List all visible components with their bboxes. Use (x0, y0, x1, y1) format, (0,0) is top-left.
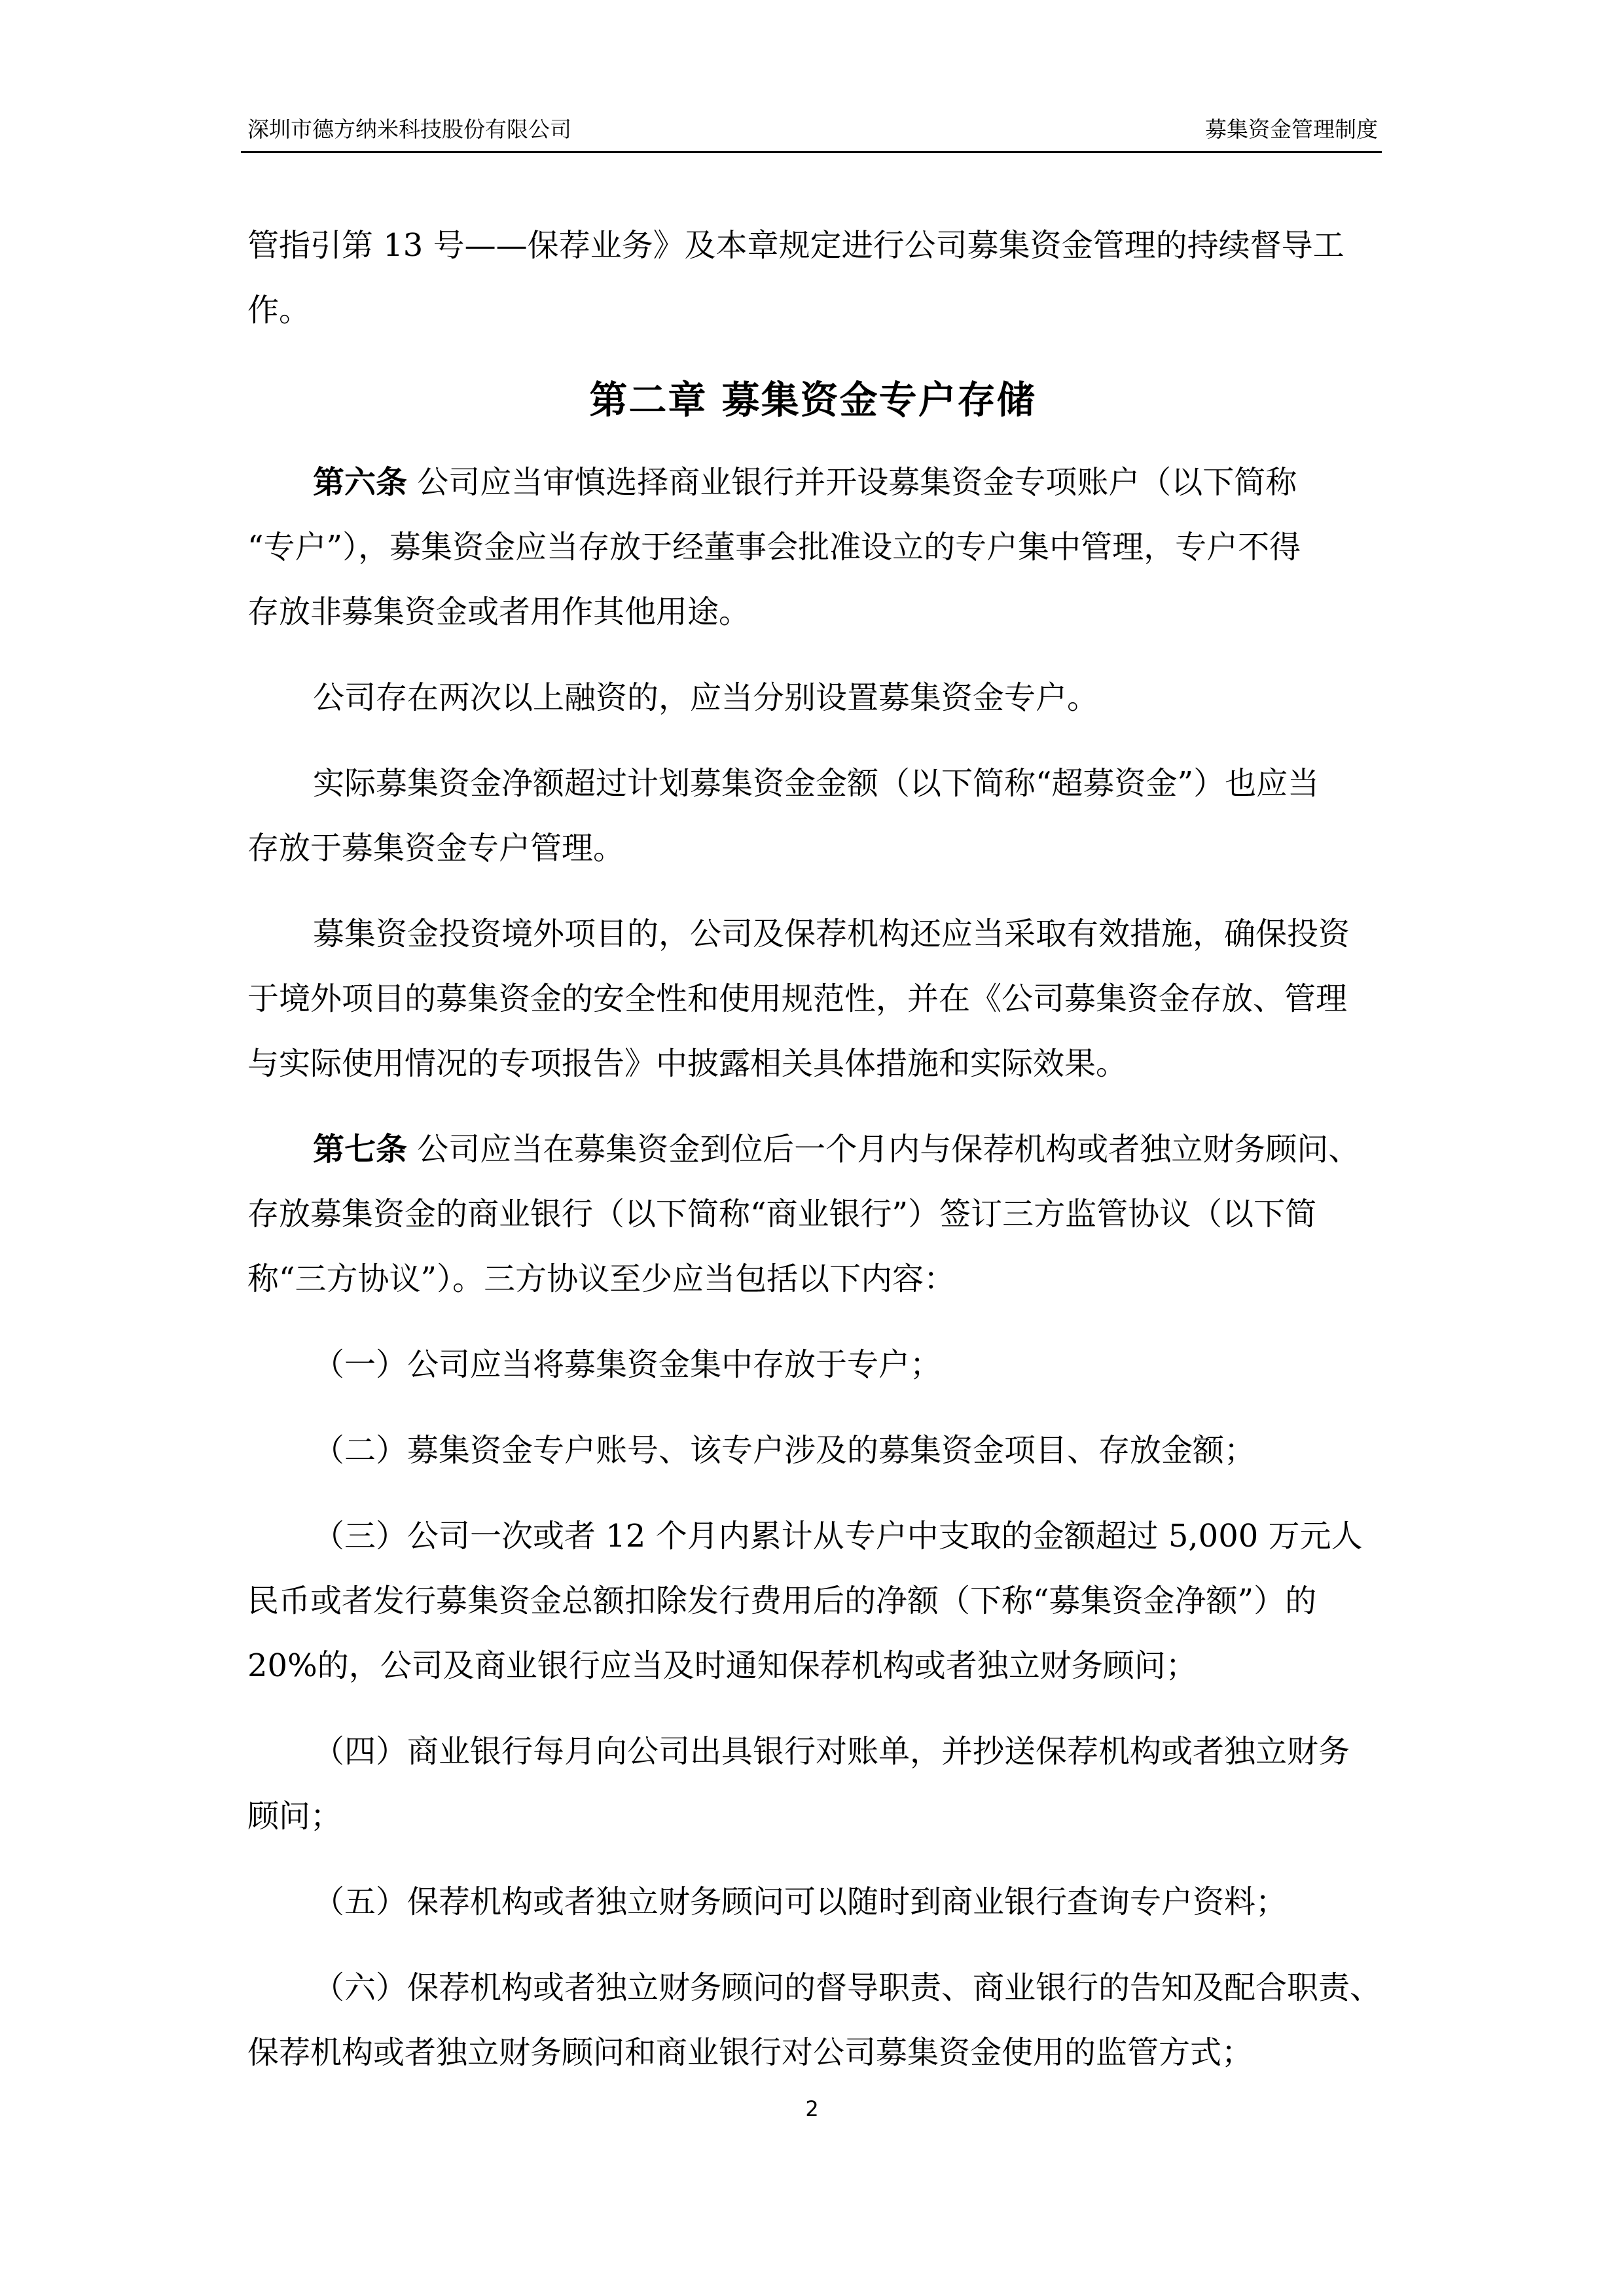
document-page: 深圳市德方纳米科技股份有限公司 募集资金管理制度 管指引第 13 号——保荐业务… (0, 0, 1624, 2296)
article-6-paragraph: 第六条 公司应当审慎选择商业银行并开设募集资金专项账户（以下简称 “专户”），募… (247, 450, 1378, 645)
article-6-paragraph-3: 实际募集资金净额超过计划募集资金金额（以下简称“超募资金”）也应当 存放于募集资… (247, 751, 1378, 881)
text-line: （三）公司一次或者 12 个月内累计从专户中支取的金额超过 5,000 万元人 (247, 1504, 1378, 1569)
list-item-5: （五）保荐机构或者独立财务顾问可以随时到商业银行查询专户资料； (247, 1870, 1378, 1935)
article-7-paragraph: 第七条 公司应当在募集资金到位后一个月内与保荐机构或者独立财务顾问、 存放募集资… (247, 1117, 1378, 1312)
text-line: （二）募集资金专户账号、该专户涉及的募集资金项目、存放金额； (247, 1418, 1378, 1483)
text-line: 民币或者发行募集资金总额扣除发行费用后的净额（下称“募集资金净额”）的 (247, 1569, 1378, 1634)
text-line: 存放非募集资金或者用作其他用途。 (247, 580, 1378, 645)
article-7-label: 第七条 (313, 1131, 407, 1168)
header-document-title: 募集资金管理制度 (1205, 115, 1378, 144)
text-line: 公司应当审慎选择商业银行并开设募集资金专项账户（以下简称 (407, 464, 1297, 501)
text-line: （五）保荐机构或者独立财务顾问可以随时到商业银行查询专户资料； (247, 1870, 1378, 1935)
text-line: 实际募集资金净额超过计划募集资金金额（以下简称“超募资金”）也应当 (247, 751, 1378, 816)
text-line: （一）公司应当将募集资金集中存放于专户； (247, 1333, 1378, 1397)
article-6-paragraph-4: 募集资金投资境外项目的，公司及保荐机构还应当采取有效措施，确保投资 于境外项目的… (247, 902, 1378, 1096)
text-line: （六）保荐机构或者独立财务顾问的督导职责、商业银行的告知及配合职责、 (247, 1956, 1378, 2020)
page-header: 深圳市德方纳米科技股份有限公司 募集资金管理制度 (241, 115, 1382, 144)
text-line: 保荐机构或者独立财务顾问和商业银行对公司募集资金使用的监管方式； (247, 2020, 1378, 2085)
document-body: 管指引第 13 号——保荐业务》及本章规定进行公司募集资金管理的持续督导工 作。… (247, 213, 1378, 2106)
chapter-title: 第二章 募集资金专户存储 (247, 364, 1378, 436)
list-item-1: （一）公司应当将募集资金集中存放于专户； (247, 1333, 1378, 1397)
text-line: 称“三方协议”）。三方协议至少应当包括以下内容： (247, 1247, 1378, 1312)
list-item-6: （六）保荐机构或者独立财务顾问的督导职责、商业银行的告知及配合职责、 保荐机构或… (247, 1956, 1378, 2085)
text-line: 存放募集资金的商业银行（以下简称“商业银行”）签订三方监管协议（以下简 (247, 1182, 1378, 1247)
text-line: 公司应当在募集资金到位后一个月内与保荐机构或者独立财务顾问、 (407, 1131, 1360, 1168)
text-line: 管指引第 13 号——保荐业务》及本章规定进行公司募集资金管理的持续督导工 (247, 213, 1378, 278)
text-line: 20%的，公司及商业银行应当及时通知保荐机构或者独立财务顾问； (247, 1634, 1378, 1698)
text-line: 于境外项目的募集资金的安全性和使用规范性，并在《公司募集资金存放、管理 (247, 967, 1378, 1031)
article-6-paragraph-2: 公司存在两次以上融资的，应当分别设置募集资金专户。 (247, 666, 1378, 730)
list-item-3: （三）公司一次或者 12 个月内累计从专户中支取的金额超过 5,000 万元人 … (247, 1504, 1378, 1698)
text-line: 公司存在两次以上融资的，应当分别设置募集资金专户。 (247, 666, 1378, 730)
text-line: 募集资金投资境外项目的，公司及保荐机构还应当采取有效措施，确保投资 (247, 902, 1378, 967)
text-line: 作。 (247, 278, 1378, 343)
header-company-name: 深圳市德方纳米科技股份有限公司 (247, 115, 571, 144)
list-item-4: （四）商业银行每月向公司出具银行对账单，并抄送保荐机构或者独立财务 顾问； (247, 1719, 1378, 1849)
text-line: 顾问； (247, 1784, 1378, 1849)
text-line: 与实际使用情况的专项报告》中披露相关具体措施和实际效果。 (247, 1031, 1378, 1096)
header-rule (241, 151, 1382, 153)
article-6-label: 第六条 (313, 464, 407, 501)
continuation-paragraph: 管指引第 13 号——保荐业务》及本章规定进行公司募集资金管理的持续督导工 作。 (247, 213, 1378, 343)
text-line: （四）商业银行每月向公司出具银行对账单，并抄送保荐机构或者独立财务 (247, 1719, 1378, 1784)
text-line: 存放于募集资金专户管理。 (247, 816, 1378, 881)
page-number: 2 (0, 2094, 1624, 2123)
text-line: “专户”），募集资金应当存放于经董事会批准设立的专户集中管理，专户不得 (247, 515, 1378, 580)
list-item-2: （二）募集资金专户账号、该专户涉及的募集资金项目、存放金额； (247, 1418, 1378, 1483)
